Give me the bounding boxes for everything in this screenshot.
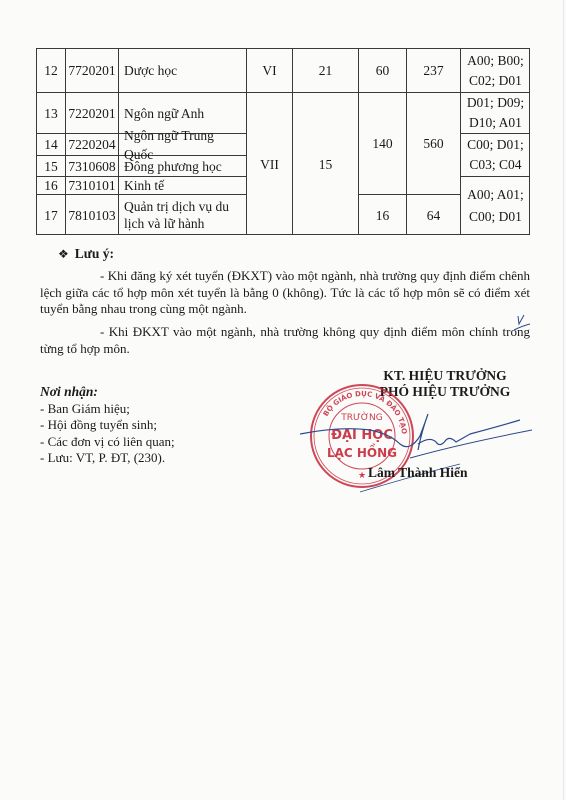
handwritten-check-icon [510, 312, 532, 334]
recipients-block: Nơi nhận: - Ban Giám hiệu; - Hội đồng tu… [40, 384, 175, 467]
cell-stt: 14 [37, 134, 66, 156]
page-edge [563, 0, 564, 800]
recipient-item: - Ban Giám hiệu; [40, 401, 175, 418]
cell-combos: C00; D01; C03; C04 [461, 134, 530, 177]
note-paragraph: - Khi ĐKXT vào một ngành, nhà trường khô… [40, 324, 530, 357]
cell-code: 7720201 [66, 49, 119, 93]
notes-heading-text: Lưu ý: [75, 246, 114, 261]
handwritten-signature [300, 400, 540, 500]
recipient-item: - Lưu: VT, P. ĐT, (230). [40, 450, 175, 467]
cell-code: 7810103 [66, 195, 119, 235]
cell-stt: 13 [37, 93, 66, 134]
signer-name: Lâm Thành Hiển [368, 465, 468, 481]
note-text: - Khi ĐKXT vào một ngành, nhà trường khô… [40, 324, 530, 356]
note-text: - Khi đăng ký xét tuyển (ĐKXT) vào một n… [40, 268, 530, 316]
cell-combos: D01; D09; D10; A01 [461, 93, 530, 134]
cell-quota-b: 64 [407, 195, 461, 235]
combo-line: A00; B00; [467, 51, 524, 71]
cell-combos: A00; A01; C00; D01 [461, 177, 530, 235]
cell-code: 7310608 [66, 156, 119, 177]
cell-major: Dược học [119, 49, 247, 93]
cell-code: 7220201 [66, 93, 119, 134]
cell-code: 7310101 [66, 177, 119, 195]
cell-major: Quản trị dịch vụ du lịch và lữ hành [119, 195, 247, 235]
cell-level: VI [247, 49, 293, 93]
cell-quota-b: 237 [407, 49, 461, 93]
combo-line: C00; D01 [469, 206, 522, 228]
cell-major: Ngôn ngữ Trung Quốc [119, 134, 247, 156]
cell-stt: 12 [37, 49, 66, 93]
cell-combos: A00; B00; C02; D01 [461, 49, 530, 93]
diamond-bullet-icon: ❖ [58, 247, 69, 261]
combo-line: C02; D01 [469, 71, 522, 91]
cell-level: VII [247, 93, 293, 235]
cell-quota-a: 16 [359, 195, 407, 235]
cell-value: 15 [293, 93, 359, 235]
cell-quota-a: 60 [359, 49, 407, 93]
cell-quota-b: 560 [407, 93, 461, 195]
combo-line: A00; A01; [467, 184, 524, 206]
recipients-title: Nơi nhận: [40, 384, 175, 401]
combo-line: C00; D01; [467, 135, 524, 155]
cell-code: 7220204 [66, 134, 119, 156]
combo-line: D10; A01 [469, 113, 522, 133]
note-paragraph: - Khi đăng ký xét tuyển (ĐKXT) vào một n… [40, 268, 530, 318]
combo-line: C03; C04 [469, 155, 521, 175]
cell-stt: 17 [37, 195, 66, 235]
recipient-item: - Hội đồng tuyển sinh; [40, 417, 175, 434]
cell-major: Đông phương học [119, 156, 247, 177]
cell-major: Kinh tế [119, 177, 247, 195]
combo-line: D01; D09; [467, 93, 524, 113]
notes-heading: ❖Lưu ý: [58, 246, 114, 262]
recipient-item: - Các đơn vị có liên quan; [40, 434, 175, 451]
cell-quota-a: 140 [359, 93, 407, 195]
cell-stt: 15 [37, 156, 66, 177]
cell-stt: 16 [37, 177, 66, 195]
admission-table: 12 7720201 Dược học VI 21 60 237 A00; B0… [36, 48, 530, 235]
cell-value: 21 [293, 49, 359, 93]
